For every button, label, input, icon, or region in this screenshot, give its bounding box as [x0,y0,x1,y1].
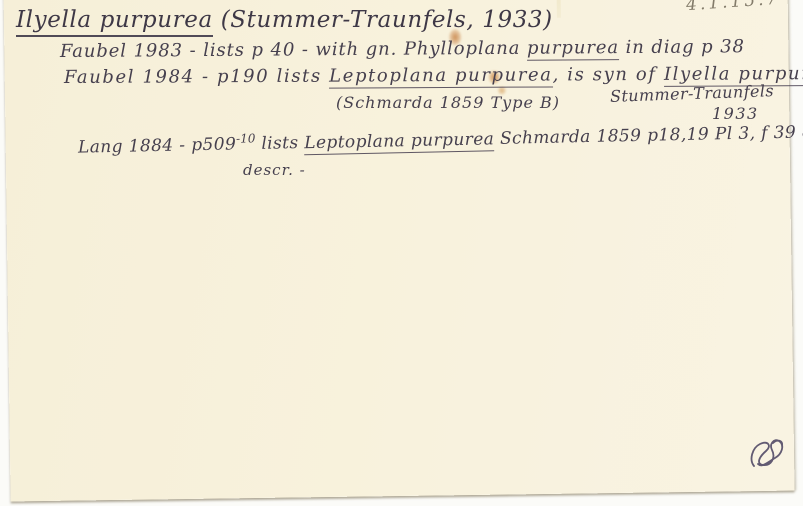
entry-text: , is syn of [553,64,664,86]
entry-faubel-1984-subnote: (Schmarda 1859 Type B) [336,93,560,112]
entry-lang-subnote: descr. - [243,161,306,179]
entry-text: Faubel 1984 - p190 lists [64,66,329,88]
entry-text: Faubel 1983 - lists p 40 - with gn. Phyl… [60,38,527,62]
page-range-superscript: -10 [236,131,256,145]
species-name-underlined: Leptoplana purpurea [304,129,494,155]
species-name-underlined: Leptoplana purpurea [329,64,553,88]
title-authority: (Stummer-Traunfels, 1933) [213,7,553,33]
card-crease-mark [556,0,561,18]
title-species-name: Ilyella purpurea [16,7,213,37]
card-title: Ilyella purpurea (Stummer-Traunfels, 193… [16,7,553,33]
entry-text: Lang 1884 - p509 [78,134,237,157]
entry-text: in diag p 38 [619,36,745,58]
monogram-scribble-icon [746,434,788,478]
species-name-underlined: purpurea [527,37,619,61]
scan-viewport: 4.1.15.7 Ilyella purpurea (Stummer-Traun… [0,0,803,506]
entry-text: lists [255,133,304,154]
